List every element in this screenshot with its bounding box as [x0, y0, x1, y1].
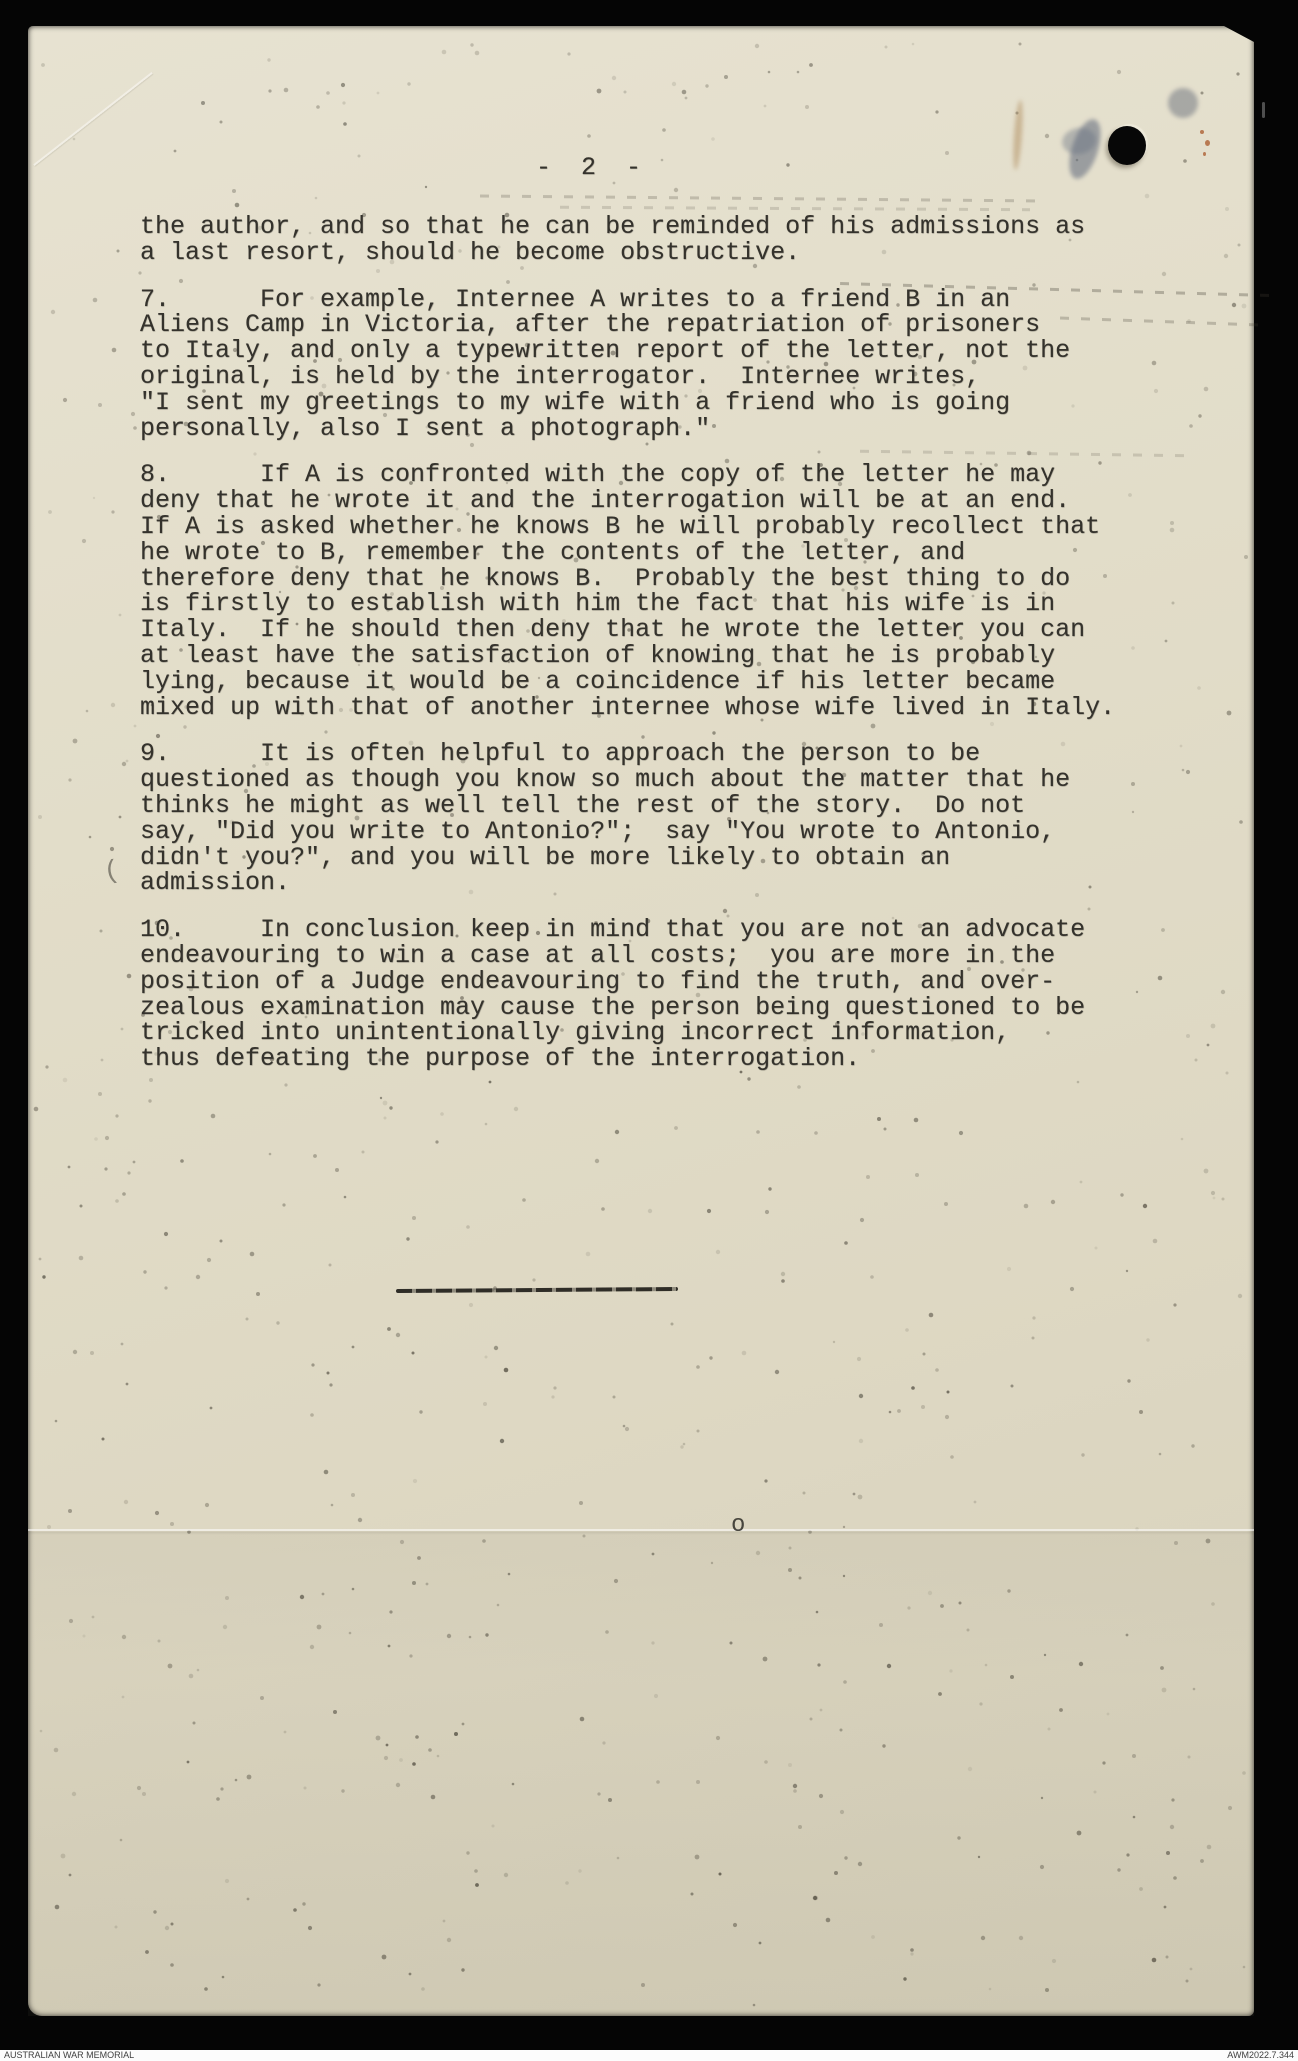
paragraph: 7. For example, Internee A writes to a f…: [140, 287, 1140, 442]
rust-dot: [1205, 140, 1210, 146]
paper-speckles: [0, 0, 2, 2]
text-line: position of a Judge endeavouring to find…: [140, 969, 1140, 995]
paper-corner-fold: [1224, 26, 1254, 42]
text-line: lying, because it would be a coincidence…: [140, 669, 1140, 695]
text-line: 7. For example, Internee A writes to a f…: [140, 287, 1140, 313]
text-line: at least have the satisfaction of knowin…: [140, 643, 1140, 669]
text-line: therefore deny that he knows B. Probably…: [140, 566, 1140, 592]
footer-bar: AUSTRALIAN WAR MEMORIAL AWM2022.7.344: [0, 2050, 1298, 2061]
text-line: personally, also I sent a photograph.": [140, 416, 1140, 442]
paragraph: 8. If A is confronted with the copy of t…: [140, 462, 1140, 720]
text-line: 8. If A is confronted with the copy of t…: [140, 462, 1140, 488]
footer-right-label: AWM2022.7.344: [1227, 2050, 1294, 2061]
text-line: 9. It is often helpful to approach the p…: [140, 741, 1140, 767]
text-line: original, is held by the interrogator. I…: [140, 364, 1140, 390]
text-line: "I sent my greetings to my wife with a f…: [140, 390, 1140, 416]
text-line: he wrote to B, remember the contents of …: [140, 540, 1140, 566]
paragraph: 10. In conclusion keep in mind that you …: [140, 917, 1140, 1072]
text-line: If A is asked whether he knows B he will…: [140, 514, 1140, 540]
text-line: deny that he wrote it and the interrogat…: [140, 488, 1140, 514]
text-line: say, "Did you write to Antonio?"; say "Y…: [140, 819, 1140, 845]
stray-typed-char: o: [731, 1512, 745, 1539]
scanned-document-page: - 2 - the author, and so that he can be …: [0, 0, 1298, 2061]
text-line: thus defeating the purpose of the interr…: [140, 1046, 1140, 1072]
paragraph: the author, and so that he can be remind…: [140, 214, 1140, 266]
page-number: - 2 -: [536, 155, 641, 181]
text-line: didn't you?", and you will be more likel…: [140, 845, 1140, 871]
typewritten-text: the author, and so that he can be remind…: [140, 214, 1140, 1093]
text-line: is firstly to establish with him the fac…: [140, 591, 1140, 617]
rust-dot: [1203, 152, 1206, 156]
text-line: the author, and so that he can be remind…: [140, 214, 1140, 240]
paragraph: 9. It is often helpful to approach the p…: [140, 741, 1140, 896]
rust-dot: [1200, 130, 1204, 134]
text-line: Aliens Camp in Victoria, after the repat…: [140, 312, 1140, 338]
text-line: mixed up with that of another internee w…: [140, 695, 1140, 721]
text-line: questioned as though you know so much ab…: [140, 767, 1140, 793]
text-line: Italy. If he should then deny that he wr…: [140, 617, 1140, 643]
scan-edge-mark: [1262, 102, 1265, 118]
punch-hole: [1108, 126, 1146, 165]
footer-left-label: AUSTRALIAN WAR MEMORIAL: [4, 2050, 134, 2061]
text-line: admission.: [140, 870, 1140, 896]
text-line: tricked into unintentionally giving inco…: [140, 1020, 1140, 1046]
text-line: zealous examination may cause the person…: [140, 995, 1140, 1021]
text-line: to Italy, and only a typewritten report …: [140, 338, 1140, 364]
text-line: thinks he might as well tell the rest of…: [140, 793, 1140, 819]
text-line: 10. In conclusion keep in mind that you …: [140, 917, 1140, 943]
text-line: a last resort, should he become obstruct…: [140, 240, 1140, 266]
text-line: endeavouring to win a case at all costs;…: [140, 943, 1140, 969]
